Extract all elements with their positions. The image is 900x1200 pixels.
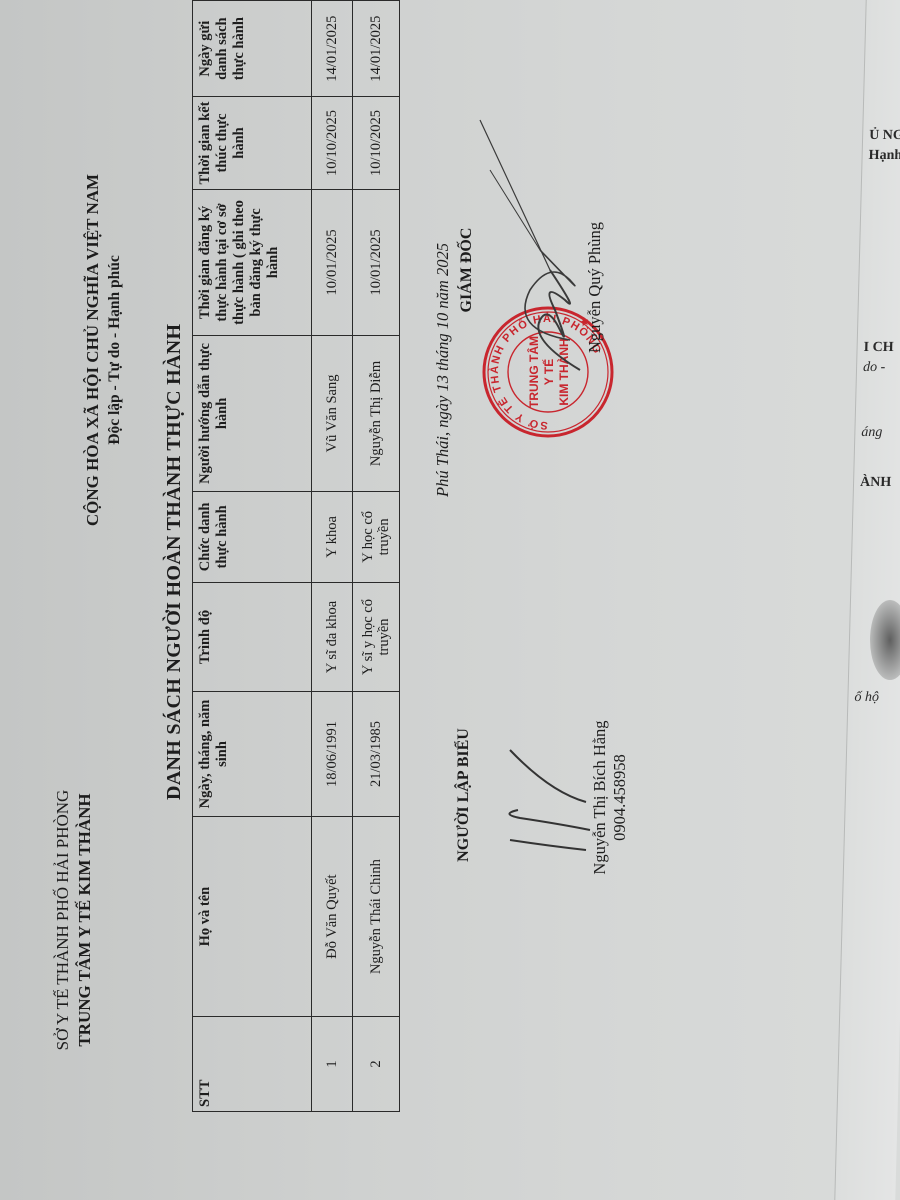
table-row: 1 Đỗ Văn Quyết 18/06/1991 Y sĩ đa khoa Y… (312, 1, 353, 1112)
col-submission-date: Ngày gửi danh sách thực hành (193, 1, 312, 97)
cell-stt: 1 (312, 1017, 353, 1112)
cell-full-name: Đỗ Văn Quyết (312, 817, 353, 1017)
practitioner-table: STT Họ và tên Ngày, tháng, năm sinh Trìn… (192, 0, 400, 1112)
cell-birth-date: 21/03/1985 (353, 691, 400, 816)
agency-parent: SỞ Y TẾ THÀNH PHỐ HẢI PHÒNG (52, 735, 74, 1105)
cell-end-time: 10/10/2025 (312, 97, 353, 189)
cell-qualification: Y sĩ đa khoa (312, 583, 353, 692)
col-registration-time: Thời gian đăng ký thực hành tại cơ sở th… (193, 189, 312, 336)
cell-practice-title: Y khoa (312, 491, 353, 582)
preparer-block: Nguyễn Thị Bích Hằng 0904.458958 (590, 690, 630, 905)
col-birth-date: Ngày, tháng, năm sinh (193, 691, 312, 816)
cell-supervisor: Nguyễn Thị Diễm (353, 336, 400, 491)
preparer-phone: 0904.458958 (610, 690, 630, 905)
document-page: SỞ Y TẾ THÀNH PHỐ HẢI PHÒNG TRUNG TÂM Y … (0, 0, 900, 1200)
agency-name: TRUNG TÂM Y TẾ KIM THÀNH (74, 735, 96, 1105)
agency-header: SỞ Y TẾ THÀNH PHỐ HẢI PHÒNG TRUNG TÂM Y … (52, 735, 96, 1105)
cell-registration-time: 10/01/2025 (312, 189, 353, 336)
col-practice-title: Chức danh thực hành (193, 491, 312, 582)
national-header: CỘNG HÒA XÃ HỘI CHỦ NGHĨA VIỆT NAM Độc l… (82, 160, 126, 540)
national-title: CỘNG HÒA XÃ HỘI CHỦ NGHĨA VIỆT NAM (82, 160, 104, 540)
cell-stt: 2 (353, 1017, 400, 1112)
national-motto: Độc lập - Tự do - Hạnh phúc (104, 160, 126, 540)
preparer-role: NGƯỜI LẬP BIỂU (455, 700, 473, 890)
col-stt: STT (193, 1017, 312, 1112)
table-header-row: STT Họ và tên Ngày, tháng, năm sinh Trìn… (193, 1, 312, 1112)
col-supervisor: Người hướng dẫn thực hành (193, 336, 312, 491)
cell-submission-date: 14/01/2025 (312, 1, 353, 97)
cell-registration-time: 10/01/2025 (353, 189, 400, 336)
col-full-name: Họ và tên (193, 817, 312, 1017)
cell-submission-date: 14/01/2025 (353, 1, 400, 97)
place-and-date: Phú Thái, ngày 13 tháng 10 năm 2025 (433, 140, 453, 600)
cell-birth-date: 18/06/1991 (312, 691, 353, 816)
cell-supervisor: Vũ Văn Sang (312, 336, 353, 491)
director-name: Nguyễn Quý Phùng (585, 200, 605, 375)
preparer-name: Nguyễn Thị Bích Hằng (590, 690, 610, 905)
cell-practice-title: Y học cổ truyền (353, 491, 400, 582)
cell-end-time: 10/10/2025 (353, 97, 400, 189)
preparer-signature (490, 720, 600, 880)
cell-qualification: Y sĩ y học cổ truyền (353, 583, 400, 692)
col-qualification: Trình độ (193, 583, 312, 692)
table-row: 2 Nguyễn Thái Chinh 21/03/1985 Y sĩ y họ… (353, 1, 400, 1112)
cell-full-name: Nguyễn Thái Chinh (353, 817, 400, 1017)
document-title: DANH SÁCH NGƯỜI HOÀN THÀNH THỰC HÀNH (163, 340, 186, 800)
col-end-time: Thời gian kết thúc thực hành (193, 97, 312, 189)
